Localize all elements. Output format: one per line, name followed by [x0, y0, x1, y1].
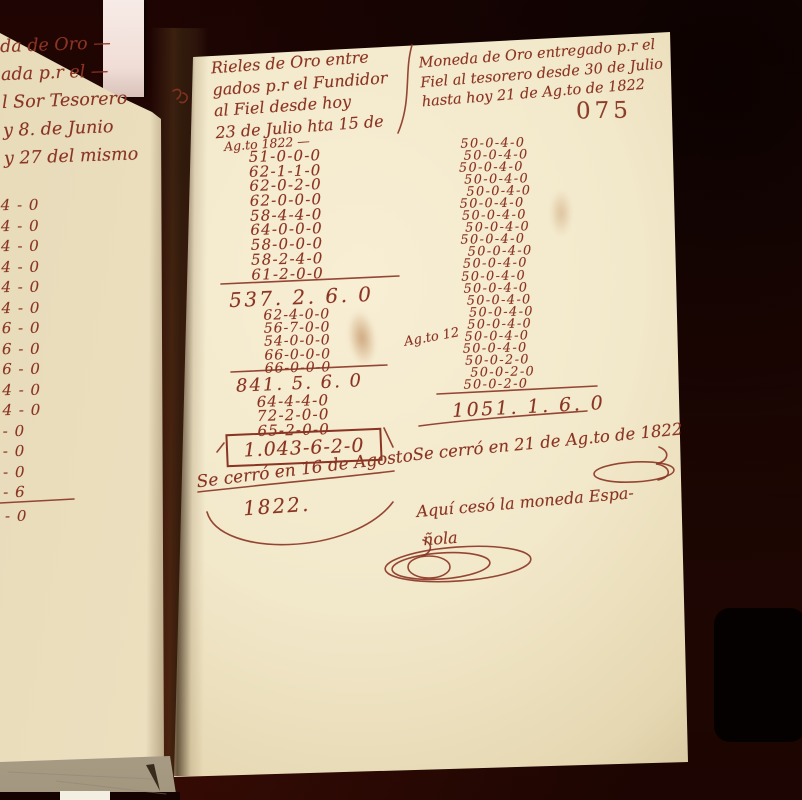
ledger-row: 51-0-0-0: [249, 146, 322, 162]
left-page-amount-row: - 0: [3, 442, 42, 463]
left-page-amount-row: 4 - 0: [1, 237, 40, 258]
ledger-row: 64-0-0-0: [250, 220, 323, 236]
ledger-row: 66-0-0-0: [264, 346, 331, 361]
folio-number: 075: [576, 98, 632, 125]
left-page-amount-row: - 0: [3, 421, 42, 442]
fundidor-group1: 51-0-0-062-1-1-062-0-2-062-0-0-058-4-4-0…: [249, 146, 325, 280]
ledger-row: 54-0-0-0: [264, 333, 331, 348]
ledger-row: 61-2-0-0: [251, 264, 324, 280]
left-page-amount-row: - 6: [3, 483, 42, 504]
left-page-amount-row: 4 - 0: [1, 216, 40, 237]
ledger-row: 62-0-0-0: [250, 190, 323, 206]
left-page-amount-row: 4 - 0: [2, 401, 41, 422]
ledger-row: 58-4-4-0: [250, 205, 323, 221]
ink-smudge: [550, 190, 572, 236]
tesorero-amount-column: 50-0-4-050-0-4-050-0-4-050-0-4-050-0-4-0…: [460, 137, 535, 391]
ledger-row: 62-0-2-0: [249, 176, 322, 192]
left-page-amount-row: 6 - 0: [2, 360, 41, 381]
fundidor-closing-year: 1822.: [242, 492, 311, 521]
manuscript-photo: da de Oro —ada p.r el —l Sor Tesoreroy 8…: [0, 0, 802, 800]
dark-panel: [714, 608, 802, 742]
photo-bottom-notch: [60, 791, 110, 800]
ledger-row: 72-2-0-0: [257, 405, 330, 421]
ledger-row: 58-2-4-0: [251, 249, 324, 265]
left-page-header: da de Oro —ada p.r el —l Sor Tesoreroy 8…: [0, 27, 179, 173]
left-page-amount-final: - 0: [5, 507, 27, 525]
ledger-row: 50-0-2-0: [463, 378, 535, 392]
fundidor-column-header: Rieles de Oro entregados p.r el Fundidor…: [210, 43, 425, 143]
tesorero-closing-note-3: ñola: [422, 528, 458, 549]
left-page-amount-row: 6 - 0: [2, 339, 41, 360]
fundidor-group2: 62-4-0-056-7-0-054-0-0-066-0-0-066-0-0-0: [263, 306, 331, 373]
left-page-amount-row: 4 - 0: [1, 196, 40, 217]
left-page-amount-row: - 0: [3, 462, 42, 483]
ledger-row: 58-0-0-0: [251, 234, 324, 250]
left-page-amount-row: 4 - 0: [2, 380, 41, 401]
ledger-row: 62-1-1-0: [249, 161, 322, 177]
left-page-amount-row: 4 - 0: [1, 257, 40, 278]
left-page-amount-row: 4 - 0: [1, 278, 40, 299]
left-page-amount-column: 4 - 04 - 04 - 04 - 04 - 04 - 06 - 06 - 0…: [1, 196, 42, 504]
left-page-amount-row: 4 - 0: [2, 298, 41, 319]
left-page-amount-row: 6 - 0: [2, 319, 41, 340]
